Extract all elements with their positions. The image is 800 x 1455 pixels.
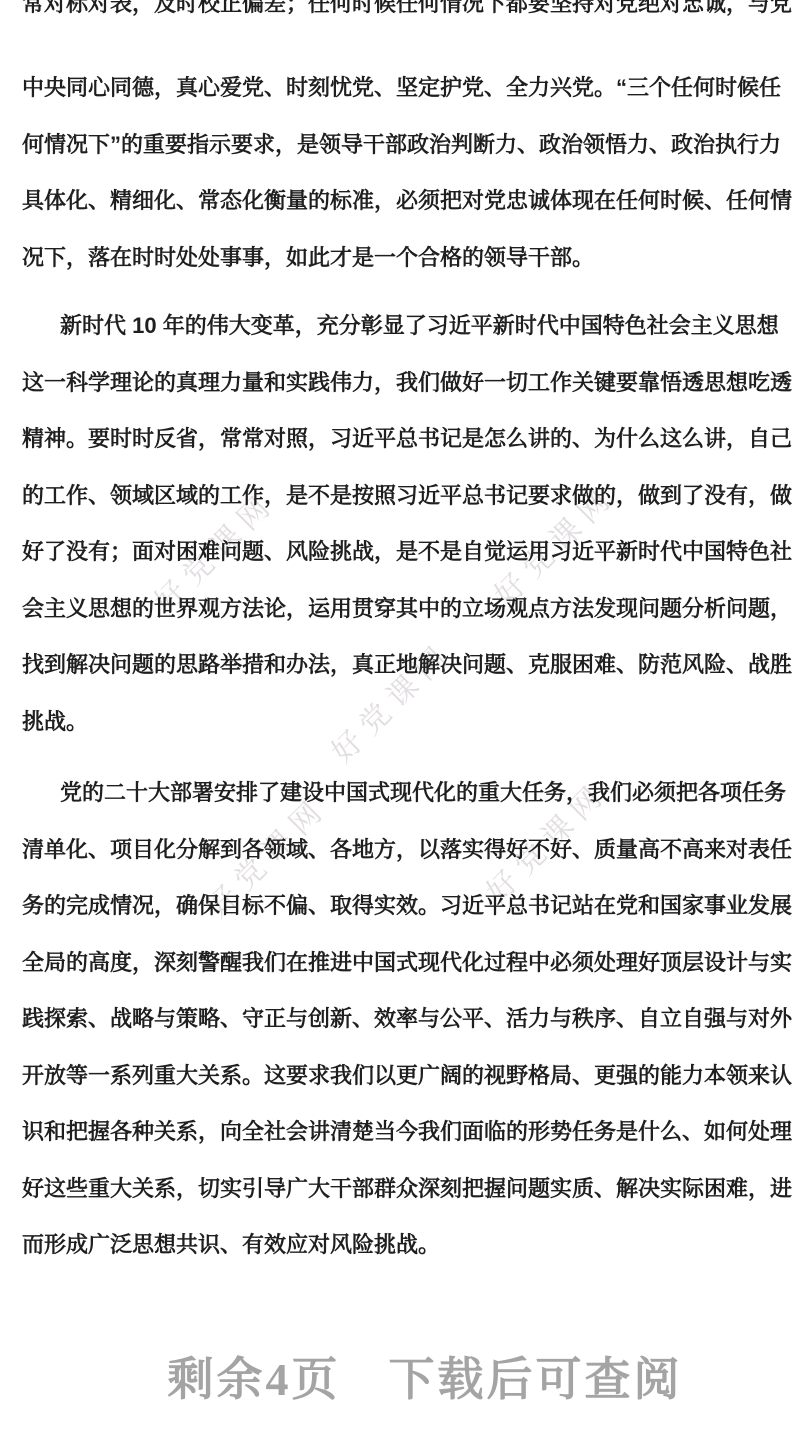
text-line: 而形成广泛思想共识、有效应对风险挑战。 (22, 1231, 440, 1259)
text-line: 具体化、精细化、常态化衡量的标准，必须把对党忠诚体现在任何时候、任何情 (22, 187, 792, 215)
text-line: 好了没有；面对困难问题、风险挑战，是不是自觉运用习近平新时代中国特色社 (22, 538, 792, 566)
text-line: 党的二十大部署安排了建设中国式现代化的重大任务，我们必须把各项任务 (60, 779, 786, 807)
text-line: 好这些重大关系，切实引导广大干部群众深刻把握问题实质、解决实际困难，进 (22, 1175, 792, 1203)
preview-footer: 剩余4页 下载后可查阅 (25, 1340, 800, 1412)
text-line: 的工作、领域区域的工作，是不是按照习近平总书记要求做的，做到了没有，做 (22, 482, 792, 510)
text-line: 况下，落在时时处处事事，如此才是一个合格的领导干部。 (22, 244, 594, 272)
pages-remaining-label: 剩余4页 (168, 1343, 341, 1409)
text-line: 找到解决问题的思路举措和办法，真正地解决问题、克服困难、防范风险、战胜 (22, 651, 792, 679)
text-line: 中央同心同德，真心爱党、时刻忧党、坚定护党、全力兴党。“三个任何时候任 (22, 74, 781, 102)
text-line: 何情况下”的重要指示要求，是领导干部政治判断力、政治领悟力、政治执行力 (22, 131, 781, 159)
text-line: 常对标对表，及时校正偏差；任何时候任何情况下都要坚持对党绝对忠诚，与党 (22, 0, 792, 18)
download-hint-label: 下载后可查阅 (389, 1343, 683, 1409)
text-line: 挑战。 (22, 708, 88, 736)
text-line: 开放等一系列重大关系。这要求我们以更广阔的视野格局、更强的能力本领来认 (22, 1062, 792, 1090)
text-line: 全局的高度，深刻警醒我们在推进中国式现代化过程中必须处理好顶层设计与实 (22, 949, 792, 977)
document-text: 常对标对表，及时校正偏差；任何时候任何情况下都要坚持对党绝对忠诚，与党中央同心同… (0, 0, 800, 1455)
text-line: 新时代 10 年的伟大变革，充分彰显了习近平新时代中国特色社会主义思想 (60, 312, 779, 340)
text-line: 识和把握各种关系，向全社会讲清楚当今我们面临的形势任务是什么、如何处理 (22, 1118, 792, 1146)
text-line: 务的完成情况，确保目标不偏、取得实效。习近平总书记站在党和国家事业发展 (22, 892, 792, 920)
text-line: 精神。要时时反省，常常对照，习近平总书记是怎么讲的、为什么这么讲，自己 (22, 425, 792, 453)
text-line: 这一科学理论的真理力量和实践伟力，我们做好一切工作关键要靠悟透思想吃透 (22, 369, 792, 397)
text-line: 清单化、项目化分解到各领域、各地方，以落实得好不好、质量高不高来对表任 (22, 836, 792, 864)
document-preview-page: 好党课网好党课网好党课网好党课网好党课网 常对标对表，及时校正偏差；任何时候任何… (0, 0, 800, 1455)
text-line: 会主义思想的世界观方法论，运用贯穿其中的立场观点方法发现问题分析问题， (22, 595, 792, 623)
text-line: 践探索、战略与策略、守正与创新、效率与公平、活力与秩序、自立自强与对外 (22, 1005, 792, 1033)
